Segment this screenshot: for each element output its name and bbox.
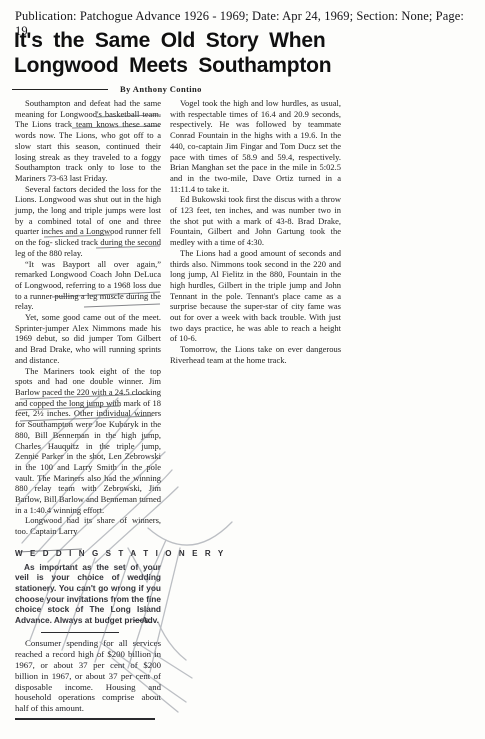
newspaper-scan-page: Publication: Patchogue Advance 1926 - 19… (0, 0, 485, 739)
right-column: Vogel took the high and low hurdles, as … (170, 98, 341, 366)
article-paragraph: Yet, some good came out of the meet. Spr… (15, 312, 161, 366)
article-paragraph: The Lions had a good amount of seconds a… (170, 248, 341, 344)
wedding-stationery-ad: W E D D I N G S T A T I O N E R Y As imp… (15, 549, 161, 626)
article-columns: Southampton and defeat had the same mean… (15, 98, 341, 720)
article-paragraph: Vogel took the high and low hurdles, as … (170, 98, 341, 194)
left-column: Southampton and defeat had the same mean… (15, 98, 161, 720)
wedding-ad-body: As important as the set of your veil is … (15, 562, 161, 626)
article-paragraph: Ed Bukowski took first the discus with a… (170, 194, 341, 248)
filler-paragraph: Consumer spending for all services reach… (15, 638, 161, 714)
article-paragraph: Southampton and defeat had the same mean… (15, 98, 161, 184)
byline-row: By Anthony Contino (12, 84, 332, 94)
article-paragraph: Longwood had its share of winners, too. … (15, 515, 161, 536)
headline-line-1: It's the Same Old Story When (14, 28, 344, 53)
article-paragraph: Several factors decided the loss for the… (15, 184, 161, 259)
bottom-rule (15, 718, 155, 720)
headline-rule (12, 89, 108, 90)
article-paragraph: Tomorrow, the Lions take on ever dangero… (170, 344, 341, 365)
section-separator-rule (41, 632, 119, 633)
article-headline: It's the Same Old Story When Longwood Me… (14, 28, 344, 78)
article-paragraph: The Mariners took eight of the top spots… (15, 366, 161, 516)
article-paragraph: “It was Bayport all over again,” remarke… (15, 259, 161, 313)
adv-signoff: —Adv. (124, 615, 159, 626)
headline-line-2: Longwood Meets Southampton (14, 53, 344, 78)
wedding-ad-header: W E D D I N G S T A T I O N E R Y (15, 549, 161, 558)
byline: By Anthony Contino (120, 84, 202, 94)
